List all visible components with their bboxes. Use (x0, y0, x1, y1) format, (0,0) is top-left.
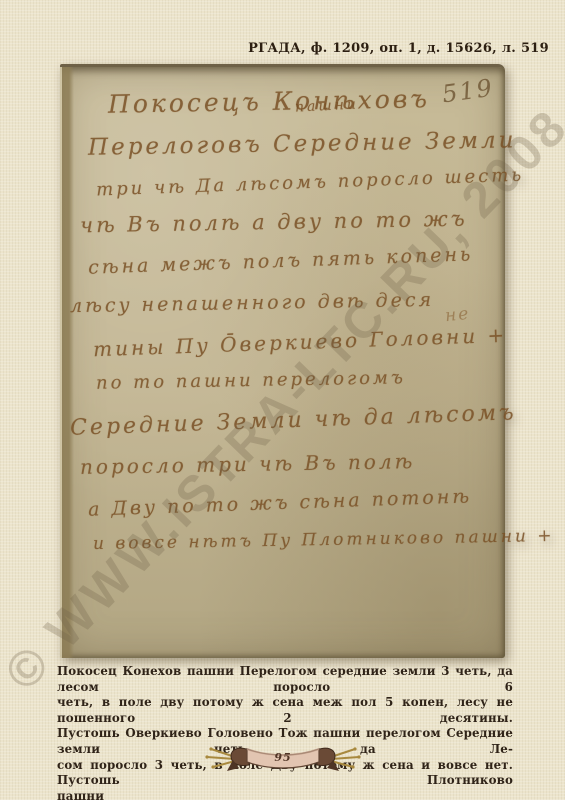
handwriting-line: пашни (295, 96, 360, 115)
handwriting-line: лѣсу непашенного двѣ деся (70, 289, 434, 317)
handwriting-line: Середние Земли чѣ да лѣсомъ (70, 400, 517, 441)
caption-line: четь, в поле дву потому ж сена меж пол 5… (57, 695, 513, 726)
manuscript-photo: 519 Покосецъ КонѣховъпашниПерелоговъ Сер… (60, 64, 505, 658)
caption-transcription: Покосец Конехов пашни Перелогом середние… (57, 664, 513, 800)
handwriting-line: сѣна межъ полъ пять копень (88, 243, 474, 278)
handwriting-line: три чѣ Да лѣсомъ поросло шесть (96, 165, 525, 201)
page-number-ribbon: 95 (205, 742, 361, 776)
handwriting-line: Покосецъ Конѣховъ (108, 84, 430, 119)
margin-note: не (444, 304, 471, 327)
page-number: 95 (205, 751, 361, 764)
manuscript-left-edge (60, 67, 74, 658)
handwriting-line: поросло три чѣ Въ полѣ (80, 449, 416, 479)
archive-reference: РГАДА, ф. 1209, оп. 1, д. 15626, л. 519 (248, 41, 549, 56)
book-page: РГАДА, ф. 1209, оп. 1, д. 15626, л. 519 … (0, 0, 565, 800)
caption-line: пашни (57, 789, 513, 800)
handwriting-line: и вовсе нѣтъ Пу Плотниково пашни + (93, 526, 555, 554)
handwriting-line: а Дву по то жъ сѣна потонѣ (88, 485, 473, 520)
handwriting-line: Перелоговъ Середние Земли (88, 127, 517, 160)
handwriting-line: чѣ Въ полѣ а дву по то жъ (80, 207, 468, 238)
caption-line: Покосец Конехов пашни Перелогом середние… (57, 664, 513, 695)
handwriting-line: по то пашни перелогомъ (96, 367, 406, 393)
manuscript-paper: 519 Покосецъ КонѣховъпашниПерелоговъ Сер… (60, 64, 505, 658)
handwriting-line: тины Пу Ōверкиево Головни + (93, 323, 508, 361)
folio-number: 519 (440, 74, 495, 109)
